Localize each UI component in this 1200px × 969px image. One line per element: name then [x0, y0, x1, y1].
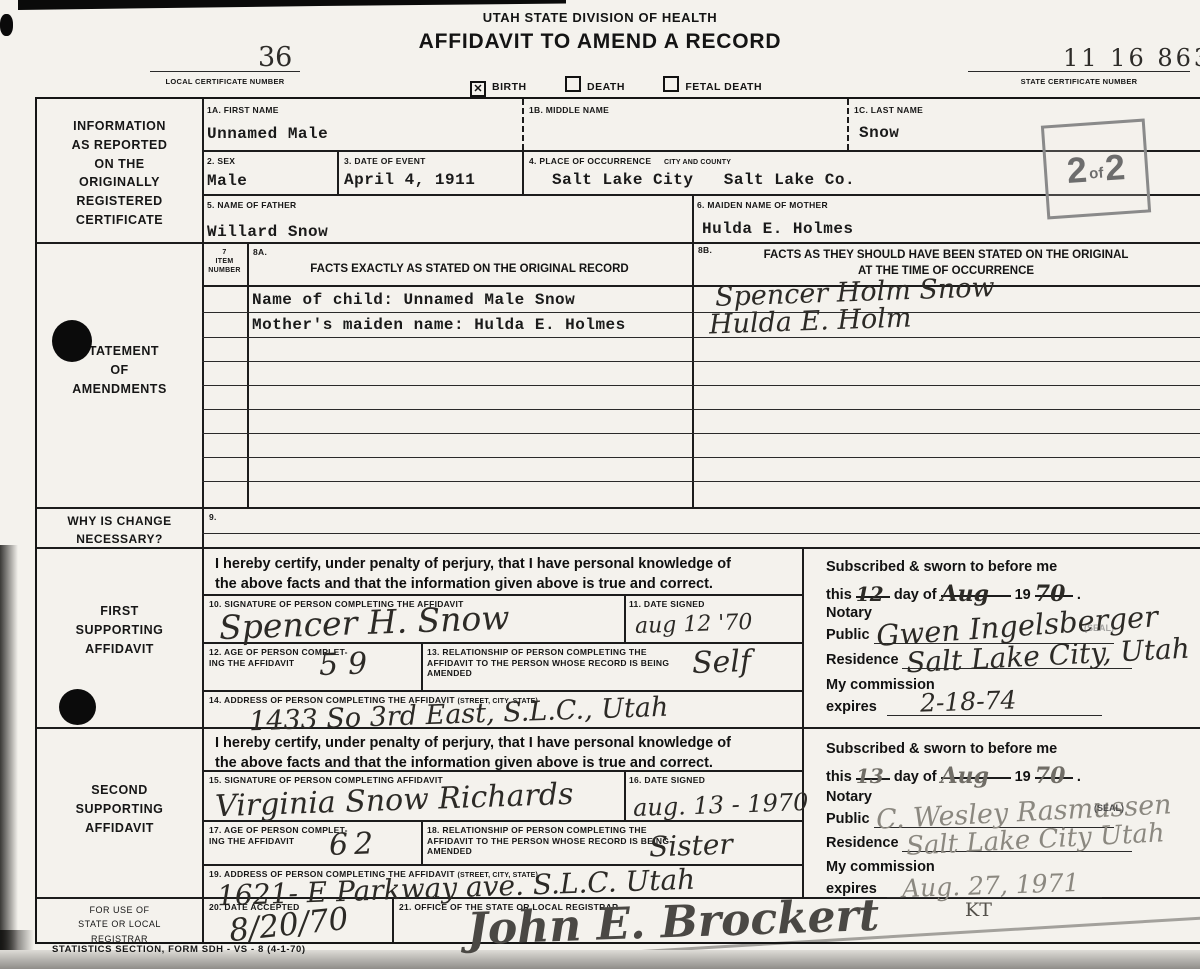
notary2-seal: (SEAL)	[1094, 803, 1124, 813]
registrar-initials: KT	[965, 899, 992, 921]
col-8a-heading: FACTS EXACTLY AS STATED ON THE ORIGINAL …	[247, 261, 692, 277]
relationship1-label: 13. RELATIONSHIP OF PERSON COMPLETING TH…	[427, 647, 677, 679]
record-type-checkboxes: ✕BIRTH DEATH FETAL DEATH	[470, 76, 800, 97]
rule-left-column	[202, 99, 204, 942]
ink-blob-1	[52, 320, 92, 362]
notary-block-1: Subscribed & sworn to before me this 12 …	[802, 547, 1200, 727]
date-signed2-label: 16. DATE SIGNED	[629, 775, 705, 786]
section-label-original-info: INFORMATION AS REPORTED ON THE ORIGINALL…	[37, 117, 202, 230]
page-title: AFFIDAVIT TO AMEND A RECORD	[0, 30, 1200, 54]
scanned-affidavit-page: { "header": { "agency": "UTAH STATE DIVI…	[0, 0, 1200, 969]
notary1-notary-label: Notary	[826, 605, 872, 621]
birth-checkbox: ✕	[470, 81, 486, 97]
notary1-dayof: day of	[894, 587, 937, 603]
notary2-expires: Aug. 27, 1971	[902, 868, 1080, 903]
notary2-month-line: Aug	[941, 763, 1011, 779]
form-body: INFORMATION AS REPORTED ON THE ORIGINALL…	[35, 97, 1200, 944]
stamp-word: of	[1089, 164, 1104, 182]
certify-text-2: I hereby certify, under penalty of perju…	[215, 733, 795, 774]
certify-text-1: I hereby certify, under penalty of perju…	[215, 554, 795, 595]
notary1-expires-line	[887, 715, 1102, 716]
first-name-label: 1A. FIRST NAME	[207, 105, 279, 116]
notary1-seal: (SEAL)	[1084, 623, 1114, 633]
notary1-this: this	[826, 587, 852, 603]
notary1-expires: 2-18-74	[920, 685, 1017, 717]
stamp-num1: 2	[1065, 149, 1088, 192]
mother-label: 6. MAIDEN NAME OF MOTHER	[697, 200, 828, 211]
age1-value: 59	[318, 646, 377, 683]
state-certificate-underline	[968, 71, 1190, 72]
notary1-19: 19	[1015, 587, 1031, 603]
birth-label: BIRTH	[492, 81, 527, 93]
date-signed1-value: aug 12 '70	[635, 610, 753, 639]
date-signed2-value: aug. 13 - 1970	[633, 788, 809, 822]
notary1-period: .	[1077, 587, 1081, 603]
rule-8a-8b	[692, 242, 694, 507]
notary2-period: .	[1077, 769, 1081, 785]
notary1-year-line: 70	[1035, 581, 1073, 597]
local-certificate-label: LOCAL CERTIFICATE NUMBER	[150, 77, 300, 86]
notary2-year-line: 70	[1035, 763, 1073, 779]
notary2-month: Aug	[941, 763, 989, 789]
notary2-day: 13	[856, 764, 884, 788]
date-signed1-label: 11. DATE SIGNED	[629, 599, 705, 610]
amendment-row-0-original: Name of child: Unnamed Male Snow	[252, 291, 575, 309]
date-of-event-value: April 4, 1911	[344, 171, 475, 189]
death-checkbox	[565, 76, 581, 92]
state-certificate-label: STATE CERTIFICATE NUMBER	[968, 77, 1190, 86]
record-type-birth: ✕BIRTH	[470, 77, 531, 94]
why-change-item-number: 9.	[209, 512, 217, 523]
notary2-year: 70	[1035, 763, 1066, 789]
sex-value: Male	[207, 172, 247, 190]
rule-last-name	[847, 99, 849, 150]
notary2-sworn: Subscribed & sworn to before me	[826, 741, 1057, 757]
scan-edge-top	[18, 0, 566, 10]
rule-row-4	[202, 385, 1200, 386]
place-label-sub: CITY AND COUNTY	[664, 159, 731, 166]
notary1-month: Aug	[941, 581, 989, 607]
notary2-residence-label: Residence	[826, 835, 899, 851]
relationship2-label: 18. RELATIONSHIP OF PERSON COMPLETING TH…	[427, 825, 677, 857]
rule-age-rel-1	[421, 642, 423, 690]
ink-blob-2	[59, 689, 96, 725]
notary1-year: 70	[1035, 581, 1066, 607]
rule-age1-bottom	[202, 690, 802, 692]
death-label: DEATH	[587, 81, 625, 93]
notary1-public-label: Public	[826, 627, 870, 643]
notary-block-2: Subscribed & sworn to before me this 13 …	[802, 727, 1200, 897]
place-value: Salt Lake City Salt Lake Co.	[552, 171, 855, 189]
agency-title: UTAH STATE DIVISION OF HEALTH	[0, 10, 1200, 25]
section-label-why-change: WHY IS CHANGE NECESSARY?	[37, 512, 202, 548]
notary1-residence-label: Residence	[826, 652, 899, 668]
rule-row-8	[202, 481, 1200, 482]
father-value: Willard Snow	[207, 223, 328, 241]
rule-age2-bottom	[202, 864, 802, 866]
section-label-first-affidavit: FIRST SUPPORTING AFFIDAVIT	[37, 602, 202, 658]
notary2-day-line: 13	[856, 764, 890, 780]
rule-section1-bottom	[37, 242, 1200, 244]
first-name-value: Unnamed Male	[207, 125, 328, 143]
rule-row-7	[202, 457, 1200, 458]
col-8a-number: 8A.	[253, 247, 267, 258]
local-certificate-underline	[150, 71, 300, 72]
rule-father-mother	[692, 194, 694, 242]
age2-value: 62	[328, 826, 379, 863]
father-label: 5. NAME OF FATHER	[207, 200, 296, 211]
notary1-commission-label: My commission	[826, 677, 935, 693]
notary1-date-line: this 12 day of Aug 19 70 .	[826, 581, 1081, 603]
last-name-value: Snow	[859, 124, 899, 142]
notary1-sworn: Subscribed & sworn to before me	[826, 559, 1057, 575]
place-label-main: 4. PLACE OF OCCURRENCE	[529, 156, 651, 166]
rule-amendments-bottom	[37, 507, 1200, 509]
notary2-dayof: day of	[894, 769, 937, 785]
notary2-19: 19	[1015, 769, 1031, 785]
notary2-this: this	[826, 769, 852, 785]
notary2-notary-label: Notary	[826, 789, 872, 805]
notary2-date-line: this 13 day of Aug 19 70 .	[826, 763, 1081, 785]
record-type-fetal-death: FETAL DEATH	[663, 77, 762, 94]
stamp-num2: 2	[1104, 146, 1127, 189]
rule-middle-name	[522, 99, 524, 150]
form-id-footer: STATISTICS SECTION, FORM SDH - VS - 8 (4…	[52, 944, 306, 956]
relationship2-value: Sister	[648, 828, 733, 864]
record-type-death: DEATH	[565, 77, 629, 94]
local-certificate-number-value: 36	[258, 42, 292, 73]
amendment-row-1-original: Mother's maiden name: Hulda E. Holmes	[252, 316, 626, 334]
rule-row-6	[202, 433, 1200, 434]
place-label: 4. PLACE OF OCCURRENCE CITY AND COUNTY	[529, 156, 731, 168]
date-of-event-label: 3. DATE OF EVENT	[344, 156, 426, 167]
rule-date-signed-1	[624, 594, 626, 642]
notary1-day-line: 12	[856, 582, 890, 598]
fetal-death-label: FETAL DEATH	[685, 81, 762, 93]
section-label-registrar: FOR USE OF STATE OR LOCAL REGISTRAR	[37, 903, 202, 946]
relationship1-value: Self	[691, 644, 751, 681]
middle-name-label: 1B. MIDDLE NAME	[529, 105, 609, 116]
rule-date-place	[522, 150, 524, 194]
notary1-month-line: Aug	[941, 581, 1011, 597]
rule-sex-date	[337, 150, 339, 194]
rule-colhead-bottom	[202, 285, 1200, 287]
last-name-label: 1C. LAST NAME	[854, 105, 923, 116]
fetal-death-checkbox	[663, 76, 679, 92]
sex-label: 2. SEX	[207, 156, 235, 167]
page-2-of-2-stamp: 2of2	[1041, 118, 1151, 219]
rule-row-5	[202, 409, 1200, 410]
rule-row-1	[202, 312, 1200, 313]
scan-edge-left	[0, 545, 18, 969]
notary1-day: 12	[856, 582, 884, 606]
rule-item-column	[247, 242, 249, 507]
rule-age-rel-2	[421, 820, 423, 864]
rule-row-2	[202, 337, 1200, 338]
section-label-second-affidavit: SECOND SUPPORTING AFFIDAVIT	[37, 781, 202, 837]
rule-date-signed-2	[624, 770, 626, 820]
rule-row-3	[202, 361, 1200, 362]
amendment-row-1-corrected: Hulda E. Holm	[709, 302, 912, 340]
state-certificate-number-value: 11 16 863	[1063, 44, 1200, 72]
notary2-public-label: Public	[826, 811, 870, 827]
rule-why-blank	[202, 533, 1200, 534]
mother-value: Hulda E. Holmes	[702, 220, 854, 238]
item-column-label: 7 ITEM NUMBER	[202, 249, 247, 275]
notary1-expires-label: expires	[826, 699, 877, 715]
